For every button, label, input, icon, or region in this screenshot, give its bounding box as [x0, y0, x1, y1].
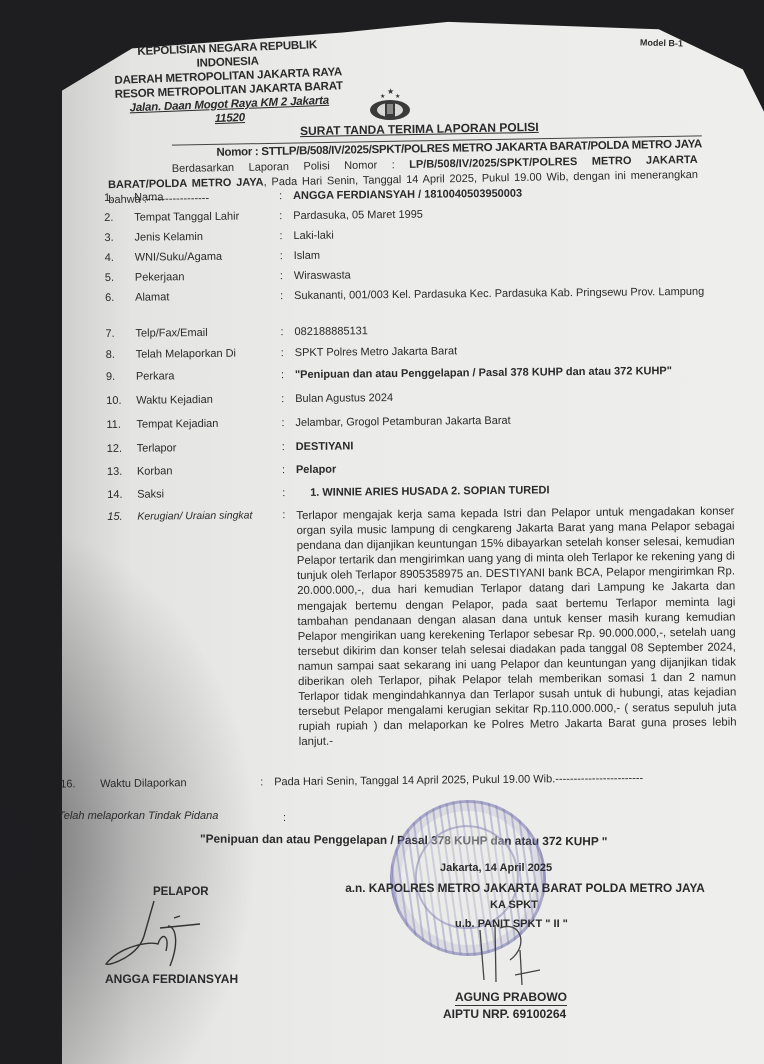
field-number: 5. [105, 272, 135, 284]
field-number: 1. [104, 192, 134, 204]
field-description: Terlapor mengajak kerja sama kepada Istr… [296, 504, 737, 750]
field-label: Telp/Fax/Email [135, 326, 280, 340]
field-number: 7. [105, 328, 135, 340]
field-value: 1. WINNIE ARIES HUSADA 2. SOPIAN TUREDI [296, 482, 740, 499]
officer-name: AGUNG PRABOWO [455, 990, 567, 1006]
field-row: 4.WNI/Suku/Agama:Islam [105, 246, 724, 264]
field-separator: : [281, 369, 295, 381]
field-row: 6.Alamat:Sukananti, 001/003 Kel. Pardasu… [105, 285, 730, 305]
field-separator: : [280, 326, 294, 338]
intro-prefix: Berdasarkan Laporan Polisi Nomor : [108, 159, 395, 176]
field-separator: : [260, 776, 274, 788]
field-row: 9.Perkara:"Penipuan dan atau Penggelapan… [106, 364, 745, 383]
field-separator: : [279, 230, 293, 242]
report-fields: 1.Nama:ANGGA FERDIANSYAH / 1810040503950… [104, 185, 750, 812]
field-row: 7.Telp/Fax/Email:082188885131 [105, 322, 724, 340]
field-value: Islam [294, 246, 724, 263]
field-value: Pada Hari Senin, Tanggal 14 April 2025, … [274, 772, 714, 789]
model-label: Model B-1 [640, 37, 683, 48]
field-number: 4. [105, 252, 135, 264]
field-value: Wiraswasta [294, 266, 724, 283]
field-number: 6. [105, 292, 135, 305]
field-row: 12.Terlapor:DESTIYANI [107, 437, 726, 455]
field-label: Tempat Kejadian [136, 417, 281, 431]
on-behalf-line: a.n. KAPOLRES METRO JAKARTA BARAT POLDA … [330, 881, 720, 895]
field-value: Pelapor [296, 460, 726, 477]
field-value: Sukananti, 001/003 Kel. Pardasuka Kec. P… [294, 285, 730, 303]
field-value: DESTIYANI [296, 437, 726, 454]
field-label: Waktu Kejadian [136, 393, 281, 407]
field-label: Telah Melaporkan Di [136, 347, 281, 361]
police-emblem-icon: ★ ★ ★ [368, 86, 412, 127]
svg-text:★: ★ [395, 93, 400, 100]
field-number: 8. [106, 349, 136, 361]
field-label: Kerugian/ Uraian singkat [137, 509, 285, 752]
field-label: Korban [137, 464, 282, 478]
field-value: "Penipuan dan atau Penggelapan / Pasal 3… [295, 364, 745, 381]
field-row: 11.Tempat Kejadian:Jelambar, Grogol Peta… [106, 413, 725, 431]
field-row: 2.Tempat Tanggal Lahir:Pardasuka, 05 Mar… [104, 206, 723, 224]
field-value: 082188885131 [294, 322, 724, 339]
field-row: 3.Jenis Kelamin:Laki-laki [104, 226, 723, 244]
field-separator: : [280, 270, 294, 282]
field-label: Waktu Dilaporkan [100, 776, 260, 790]
field-row: 5.Pekerjaan:Wiraswasta [105, 266, 724, 284]
tindak-pidana-separator: : [283, 812, 286, 824]
field-value: Laki-laki [293, 226, 723, 243]
field-number: 11. [106, 419, 136, 431]
reporter-name: ANGGA FERDIANSYAH [105, 972, 238, 986]
field-number: 2. [104, 212, 134, 224]
field-number: 14. [107, 489, 137, 501]
field-label: Terlapor [137, 441, 282, 455]
field-row: 10.Waktu Kejadian:Bulan Agustus 2024 [106, 389, 725, 407]
field-row: 14.Saksi:1. WINNIE ARIES HUSADA 2. SOPIA… [107, 482, 740, 501]
letterhead: KEPOLISIAN NEGARA REPUBLIK INDONESIA DAE… [112, 37, 345, 130]
reporter-signature-icon [100, 896, 210, 976]
field-separator: : [281, 393, 295, 405]
field-label: Alamat [135, 290, 280, 305]
field-number: 13. [107, 466, 137, 478]
field-number: 15. [107, 511, 140, 753]
field-value: SPKT Polres Metro Jakarta Barat [295, 343, 725, 360]
field-label: WNI/Suku/Agama [135, 250, 280, 264]
field-separator: : [282, 487, 296, 499]
field-number: 3. [104, 232, 134, 244]
field-row: 8.Telah Melaporkan Di:SPKT Polres Metro … [106, 343, 725, 361]
field-row: 16.Waktu Dilaporkan:Pada Hari Senin, Tan… [60, 772, 714, 791]
field-label: Saksi [137, 487, 282, 501]
field-label: Perkara [136, 369, 281, 383]
field-separator: : [282, 464, 296, 476]
field-label: Tempat Tanggal Lahir [134, 210, 279, 224]
field-value: Pardasuka, 05 Maret 1995 [293, 206, 723, 223]
field-value: Bulan Agustus 2024 [295, 389, 725, 406]
position-line: KA SPKT [490, 899, 538, 911]
officer-signature-icon [470, 920, 550, 995]
field-value: Jelambar, Grogol Petamburan Jakarta Bara… [295, 413, 725, 430]
field-separator: : [280, 250, 294, 262]
field-label: Jenis Kelamin [134, 230, 279, 244]
field-label: Pekerjaan [135, 270, 280, 284]
officer-rank: AIPTU NRP. 69100264 [443, 1007, 566, 1021]
field-separator: : [280, 290, 294, 303]
field-separator: : [282, 441, 296, 453]
place-date: Jakarta, 14 April 2025 [440, 862, 552, 874]
field-number: 10. [106, 395, 136, 407]
field-row: 15.Kerugian/ Uraian singkat:Terlapor men… [107, 504, 736, 752]
field-separator: : [281, 347, 295, 359]
tindak-pidana-label: Telah melaporkan Tindak Pidana [58, 810, 218, 822]
field-label: Nama [134, 190, 279, 204]
field-row: 13.Korban:Pelapor [107, 460, 726, 478]
svg-text:★: ★ [380, 93, 385, 100]
field-number: 16. [60, 778, 100, 790]
field-separator: : [281, 417, 295, 429]
field-number: 9. [106, 371, 136, 383]
field-number: 12. [107, 443, 137, 455]
field-separator: : [279, 190, 293, 202]
field-separator: : [279, 210, 293, 222]
svg-text:★: ★ [387, 87, 394, 96]
